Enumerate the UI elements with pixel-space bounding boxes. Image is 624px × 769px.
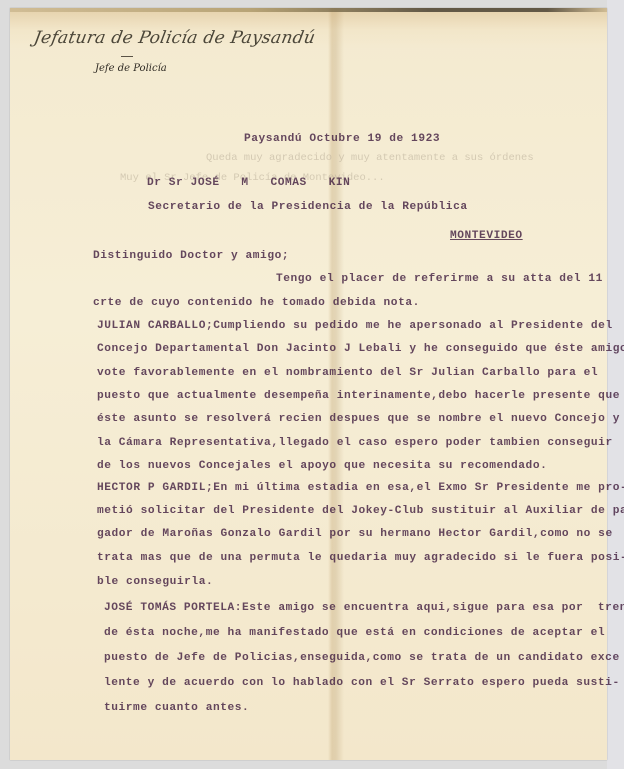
body-line: de ésta noche,me ha manifestado que está… xyxy=(104,627,605,639)
page-top-edge xyxy=(10,8,607,12)
body-line: tuirme cuanto antes. xyxy=(104,702,249,714)
body-line: de los nuevos Concejales el apoyo que ne… xyxy=(97,460,547,472)
body-line: JOSÉ TOMÁS PORTELA:Este amigo se encuent… xyxy=(104,602,624,614)
body-line: puesto de Jefe de Policias,enseguida,com… xyxy=(104,652,620,664)
body-line: JULIAN CARBALLO;Cumpliendo su pedido me … xyxy=(97,320,613,332)
letterhead-subtitle: Jefe de Policía xyxy=(95,63,167,74)
addressee-city: MONTEVIDEO xyxy=(450,230,523,242)
letterhead-title: Jefatura de Policía de Paysandú xyxy=(32,28,317,48)
body-line: puesto que actualmente desempeña interin… xyxy=(97,390,620,402)
letter-page xyxy=(10,8,607,760)
salutation: Distinguido Doctor y amigo; xyxy=(93,250,289,262)
body-line: gador de Maroñas Gonzalo Gardil por su h… xyxy=(97,528,613,540)
body-line: crte de cuyo contenido he tomado debida … xyxy=(93,297,420,309)
addressee-name: Dr Sr JOSÉ M COMAS KIN xyxy=(147,177,350,189)
body-line: ble conseguirla. xyxy=(97,576,213,588)
date-line: Paysandú Octubre 19 de 1923 xyxy=(244,133,440,145)
body-line: la Cámara Representativa,llegado el caso… xyxy=(97,437,613,449)
body-line: Concejo Departamental Don Jacinto J Leba… xyxy=(97,343,624,355)
body-line: éste asunto se resolverá recien despues … xyxy=(97,413,620,425)
addressee-title: Secretario de la Presidencia de la Repúb… xyxy=(148,201,468,213)
body-line: Tengo el placer de referirme a su atta d… xyxy=(276,273,603,285)
body-line: lente y de acuerdo con lo hablado con el… xyxy=(104,677,620,689)
body-line: trata mas que de una permuta le quedaria… xyxy=(97,552,624,564)
bleed-through-text: Queda muy agradecido y muy atentamente a… xyxy=(206,152,534,164)
letterhead-divider xyxy=(121,56,133,57)
body-line: HECTOR P GARDIL;En mi última estadia en … xyxy=(97,482,624,494)
body-line: metió solicitar del Presidente del Jokey… xyxy=(97,505,624,517)
body-line: vote favorablemente en el nombramiento d… xyxy=(97,367,598,379)
